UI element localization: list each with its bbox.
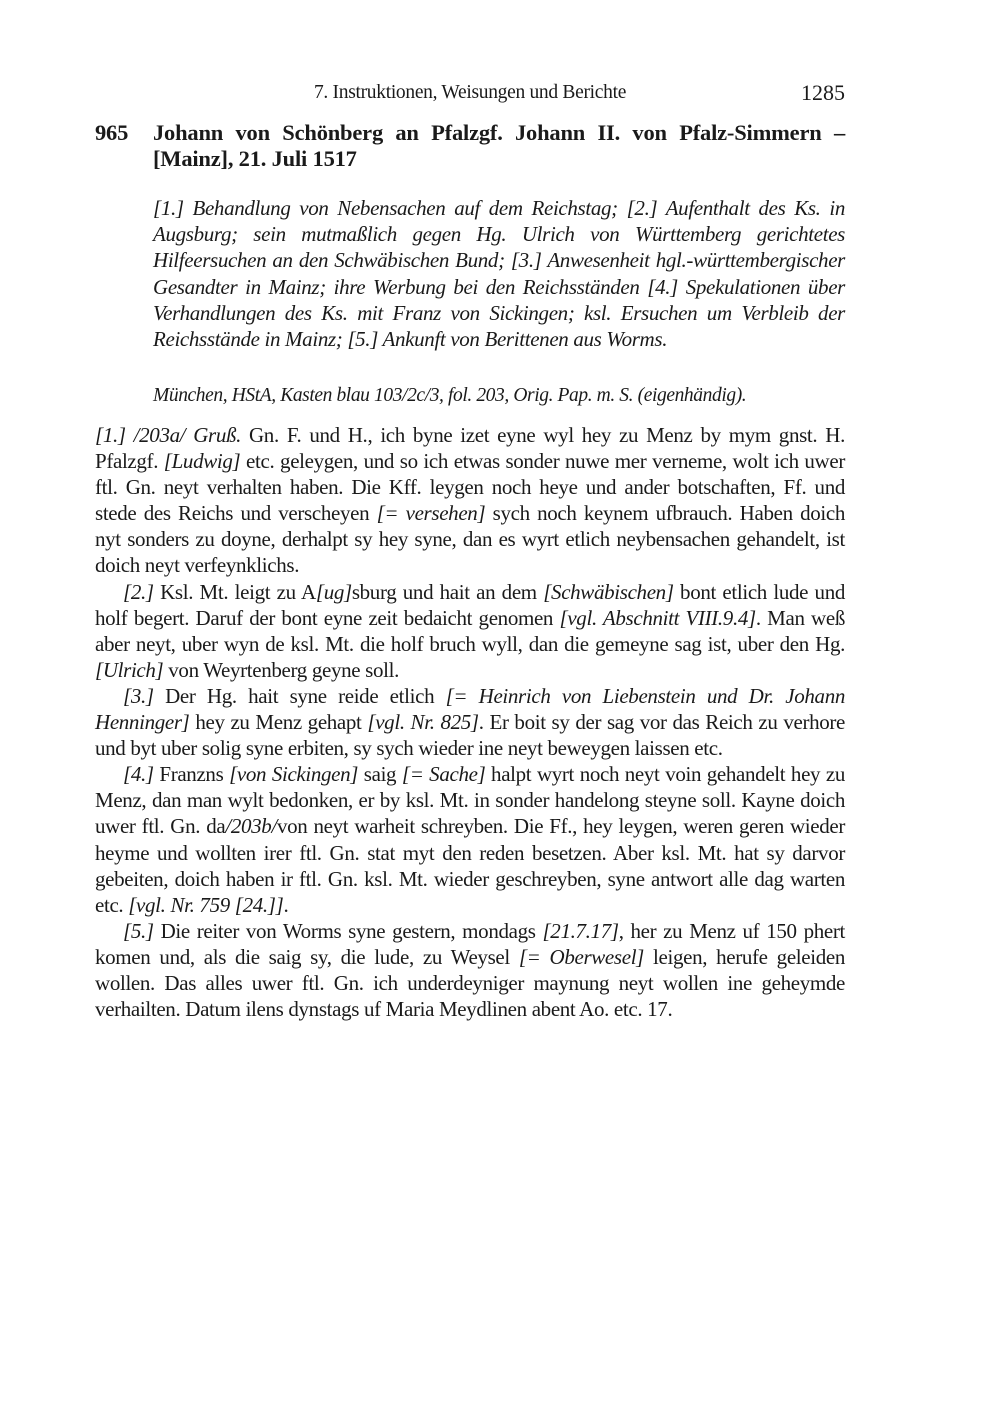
running-head: 7. Instruktionen, Weisungen und Berichte…: [95, 80, 845, 108]
letter-paragraph: [4.] Franzns [von Sickingen] saig [= Sac…: [95, 761, 845, 918]
editorial-annotation: [1.] /203a/ Gruß.: [95, 423, 241, 447]
transcribed-text: hey zu Menz gehapt: [190, 710, 368, 734]
document-header: 965 Johann von Schönberg an Pfalzgf. Joh…: [95, 120, 845, 172]
document-title: Johann von Schönberg an Pfalzgf. Johann …: [153, 120, 845, 172]
editorial-annotation: [3.]: [123, 684, 154, 708]
editorial-annotation: [= Oberwesel]: [519, 945, 644, 969]
regest-summary: [1.] Behandlung von Nebensachen auf dem …: [153, 195, 845, 352]
transcribed-text: sburg und hait an dem: [352, 580, 543, 604]
transcribed-text: .: [283, 893, 288, 917]
editorial-annotation: [vgl. Abschnitt VIII.9.4]: [560, 606, 756, 630]
editorial-annotation: [vgl. Nr. 759 [24.]]: [128, 893, 283, 917]
page-number: 1285: [801, 80, 845, 106]
editorial-annotation: [5.]: [123, 919, 154, 943]
editorial-annotation: [ug]: [316, 580, 352, 604]
editorial-annotation: [21.7.17]: [542, 919, 618, 943]
transcribed-text: Der Hg. hait syne reide etlich: [154, 684, 446, 708]
transcribed-text: von Weyrtenberg geyne soll.: [163, 658, 399, 682]
letter-body: [1.] /203a/ Gruß. Gn. F. und H., ich byn…: [95, 422, 845, 1022]
editorial-annotation: /203b/: [225, 814, 277, 838]
editorial-annotation: [Ludwig]: [164, 449, 241, 473]
editorial-annotation: [2.]: [123, 580, 154, 604]
document-number: 965: [95, 120, 128, 146]
letter-paragraph: [3.] Der Hg. hait syne reide etlich [= H…: [95, 683, 845, 761]
letter-paragraph: [5.] Die reiter von Worms syne gestern, …: [95, 918, 845, 1022]
source-reference: München, HStA, Kasten blau 103/2c/3, fol…: [153, 385, 845, 407]
running-title: 7. Instruktionen, Weisungen und Berichte: [95, 82, 845, 104]
editorial-annotation: [4.]: [123, 762, 154, 786]
editorial-annotation: [Ulrich]: [95, 658, 163, 682]
transcribed-text: saig: [358, 762, 402, 786]
editorial-annotation: [= Sache]: [402, 762, 486, 786]
editorial-annotation: [von Sickingen]: [229, 762, 358, 786]
letter-paragraph: [2.] Ksl. Mt. leigt zu A[ug]sburg und ha…: [95, 579, 845, 683]
editorial-annotation: [= versehen]: [377, 501, 486, 525]
editorial-annotation: [Schwäbischen]: [543, 580, 673, 604]
transcribed-text: Die reiter von Worms syne gestern, monda…: [154, 919, 543, 943]
transcribed-text: Franzns: [154, 762, 229, 786]
editorial-annotation: [vgl. Nr. 825]: [367, 710, 478, 734]
transcribed-text: Ksl. Mt. leigt zu A: [154, 580, 316, 604]
letter-paragraph: [1.] /203a/ Gruß. Gn. F. und H., ich byn…: [95, 422, 845, 579]
